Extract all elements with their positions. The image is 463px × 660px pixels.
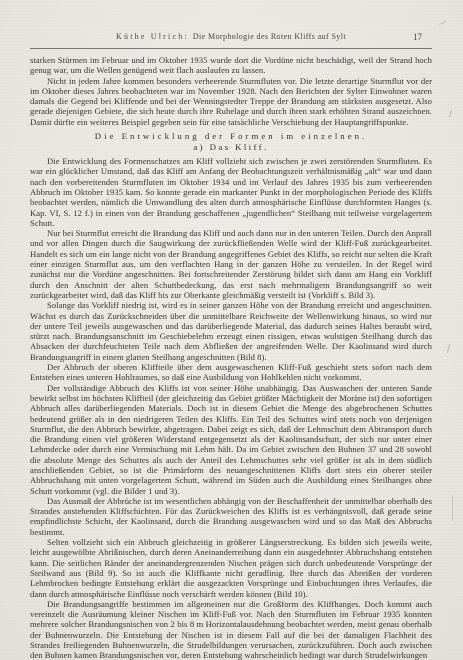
paragraph: Die Entwicklung des Formenschatzes am Kl… (30, 156, 432, 228)
paragraph-continuation: starken Stürmen im Februar und im Oktobe… (30, 55, 432, 76)
paragraph: Das Ausmaß der Abbrüche ist im wesentlic… (30, 496, 432, 537)
scanned-page: Küthe Ulrich:Die Morphologie des Roten K… (0, 0, 463, 660)
scan-artifact (452, 495, 453, 521)
paragraph: Solange das Vorkliff niedrig ist, wird e… (30, 300, 432, 362)
paragraph: Der vollständige Abbruch des Kliffs ist … (30, 383, 432, 496)
subsection-heading: a) Das Kliff. (30, 142, 432, 153)
paragraph: Nur bei Sturmflut erreicht die Brandung … (30, 228, 432, 300)
body-text: starken Stürmen im Februar und im Oktobe… (30, 55, 432, 660)
scan-artifact (447, 344, 450, 353)
header-author: Küthe Ulrich: (116, 32, 189, 41)
paragraph: Der Abbruch der oberen Kliffteile über d… (30, 362, 432, 383)
page-number: 17 (413, 32, 422, 42)
paragraph: Nicht in jedem Jahre kommen besonders ve… (30, 76, 432, 127)
header-title: Die Morphologie des Roten Kliffs auf Syl… (193, 32, 346, 41)
scan-artifact (438, 20, 447, 26)
running-title: Küthe Ulrich:Die Morphologie des Roten K… (30, 32, 432, 41)
scan-artifact (449, 110, 452, 117)
section-heading: Die Entwicklung der Formen im einzelnen. (30, 131, 432, 142)
page-header: Küthe Ulrich:Die Morphologie des Roten K… (30, 32, 432, 46)
paragraph: Die Brandungsangriffe bestimmen im allge… (30, 599, 432, 660)
paragraph: Selten vollzieht sich ein Abbruch gleich… (30, 537, 432, 599)
header-rule (30, 48, 432, 49)
